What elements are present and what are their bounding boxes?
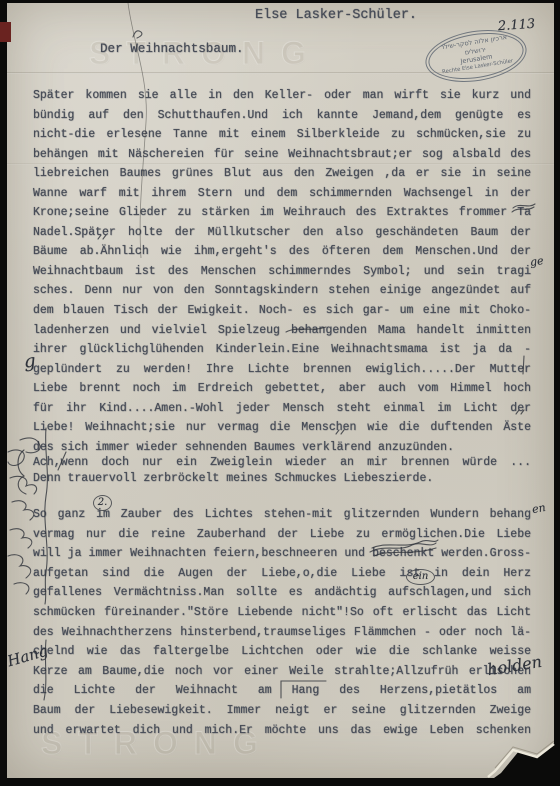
typescript-line: Kerze am Baume,die noch vor einer Weile … xyxy=(33,662,531,682)
paragraph-2: So ganz im Zauber des Lichtes stehen-mit… xyxy=(33,505,531,740)
typescript-line: Ach,wenn doch nur ein Zweiglein wieder a… xyxy=(33,455,531,471)
author-name: Else Lasker-Schüler. xyxy=(255,8,417,23)
typescript-line: bündig auf den Schutthaufen.Und ich kann… xyxy=(33,106,531,126)
typescript-line: und erwartet dich und mich.Er möchte uns… xyxy=(33,721,531,741)
typescript-line: dem blauen Tisch der Ewigkeit. Noch- es … xyxy=(33,301,531,321)
typescript-line: Weihnachtbaum ist des Menschen schimmern… xyxy=(33,262,531,282)
typescript-line: Wanne warf mit ihrem Stern und dem schim… xyxy=(33,184,531,204)
typescript-line: liebreichen Baumes grünes Blut aus den Z… xyxy=(33,164,531,184)
typescript-line: des Weihnachtherzens hinsterbend,traumse… xyxy=(33,623,531,643)
red-mark xyxy=(0,22,11,42)
verse-couplet: Ach,wenn doch nur ein Zweiglein wieder a… xyxy=(33,455,531,487)
typescript-line: geplündert zu werden! Ihre Lichte brenne… xyxy=(33,360,531,380)
typescript-line: chelnd wie das faltergelbe Lichtchen ode… xyxy=(33,642,531,662)
typescript-line: ihrer glücklichglühenden Kinderlein.Eine… xyxy=(33,340,531,360)
handwritten-initial-g: g xyxy=(23,350,37,372)
typescript-line: sches. Denn nur von den Sonntagskindern … xyxy=(33,281,531,301)
typescript-line: ladenherzen und vielviel Spielzeug behan… xyxy=(33,321,531,341)
document-title: Der Weihnachtsbaum. xyxy=(100,42,244,56)
typescript-line: die Lichte der Weihnacht am Hang des Her… xyxy=(33,681,531,701)
typescript-line: Denn trauervoll zerbröckelt meines Schmu… xyxy=(33,471,531,487)
typescript-line: Bäume ab.Ähnlich wie ihm,ergeht's des öf… xyxy=(33,242,531,262)
typescript-line: Nadel.Später holte der Müllkutscher den … xyxy=(33,223,531,243)
archive-stamp: ארכיון אלזה לסקר-שילר ירושלים Jerusalem … xyxy=(422,23,531,88)
typescript-line: Später kommen sie alle in den Keller- od… xyxy=(33,86,531,106)
typescript-line: vermag nur die reine Zauberhand der Lieb… xyxy=(33,525,531,545)
handwritten-circled-number: 2. xyxy=(93,495,112,511)
typescript-line: will ja immer Weihnachten feiern,beschne… xyxy=(33,544,531,564)
typescript-line: Baum der Liebesewigkeit. Immer neigt er … xyxy=(33,701,531,721)
typescript-line: Krone;seine Glieder zu stärken im Weihra… xyxy=(33,203,531,223)
paragraph-1: Später kommen sie alle in den Keller- od… xyxy=(33,86,531,457)
typescript-line: nicht-die erlesene Tanne mit einem Silbe… xyxy=(33,125,531,145)
handwritten-suffix-tragi: ge xyxy=(529,254,544,269)
typescript-line: gefallenes Vermächtniss.Man sollte es an… xyxy=(33,583,531,603)
handwritten-suffix-behangen: en xyxy=(531,501,547,516)
handwritten-insert-ein: ein xyxy=(406,569,435,585)
typescript-line: aufgetan sind die Augen der Liebe,o,die … xyxy=(33,564,531,584)
typescript-line: Liebe! Weihnacht;sie nur vermag die Mens… xyxy=(33,418,531,438)
typescript-line: schmücken füreinander."Störe Liebende ni… xyxy=(33,603,531,623)
typescript-line: für ihr Kind....Amen.-Wohl jeder Mensch … xyxy=(33,399,531,419)
manuscript-page: STRONG STRONG Else Lasker-Schüler. 2.113… xyxy=(7,3,554,778)
typescript-line: Liebe brennt noch im Erdreich gebettet, … xyxy=(33,379,531,399)
typescript-line: behängen mit Näschereien für seine Weihn… xyxy=(33,145,531,165)
